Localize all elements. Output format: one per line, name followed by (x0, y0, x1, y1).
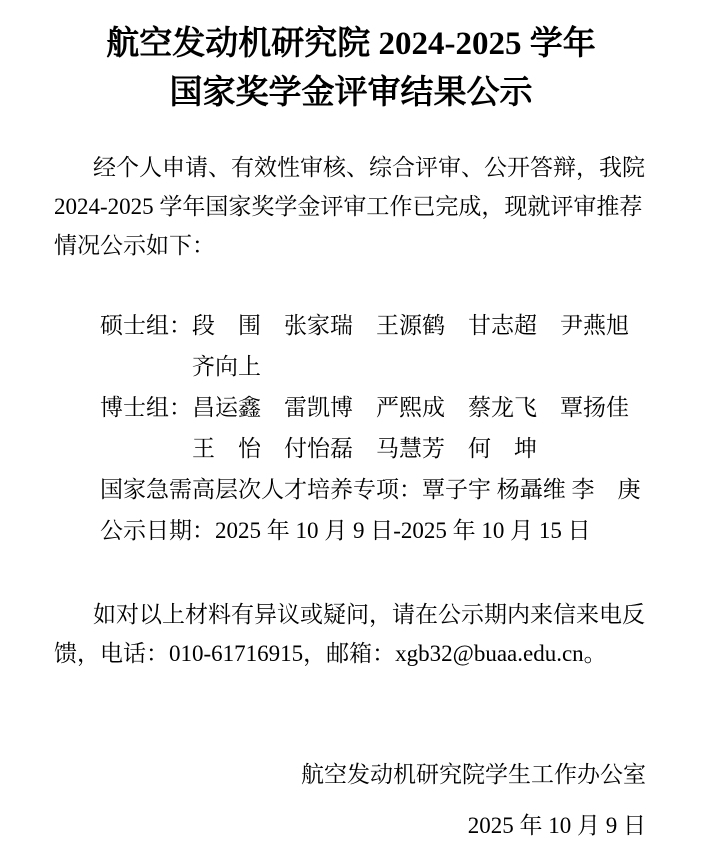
master-group-row: 硕士组： 段 围 张家瑞 王源鹤 甘志超 尹燕旭 (54, 305, 646, 346)
contact-line-1: 如对以上材料有异议或疑问，请在公示期内来信来电反 (54, 595, 646, 634)
document-footer: 航空发动机研究院学生工作办公室 2025 年 10 月 9 日 (54, 755, 646, 845)
document-body: 经个人申请、有效性审核、综合评审、公开答辩，我院 2024-2025 学年国家奖… (54, 148, 646, 845)
special-program-row: 国家急需高层次人才培养专项：覃子宇 杨聶维 李 庚 (54, 469, 646, 510)
doctor-group-label: 博士组： (100, 387, 192, 428)
intro-line-3: 情况公示如下： (54, 226, 646, 265)
document-title: 航空发动机研究院 2024-2025 学年 国家奖学金评审结果公示 (0, 0, 702, 118)
document-title-line2: 国家奖学金评审结果公示 (0, 69, 702, 118)
awardees-list: 硕士组： 段 围 张家瑞 王源鹤 甘志超 尹燕旭 齐向上 博士组： 昌运鑫 雷凯… (54, 305, 646, 551)
intro-line-1: 经个人申请、有效性审核、综合评审、公开答辩，我院 (54, 148, 646, 187)
doctor-group-row: 博士组： 昌运鑫 雷凯博 严熙成 蔡龙飞 覃扬佳 (54, 387, 646, 428)
publicity-period-row: 公示日期：2025 年 10 月 9 日-2025 年 10 月 15 日 (54, 510, 646, 551)
contact-paragraph: 如对以上材料有异议或疑问，请在公示期内来信来电反 馈，电话：010-617169… (54, 595, 646, 673)
signature-date: 2025 年 10 月 9 日 (54, 806, 646, 845)
contact-line-2: 馈，电话：010-61716915，邮箱：xgb32@buaa.edu.cn。 (54, 634, 646, 673)
master-group-names: 段 围 张家瑞 王源鹤 甘志超 尹燕旭 (192, 305, 629, 346)
document-title-line1: 航空发动机研究院 2024-2025 学年 (0, 20, 702, 69)
signature-office: 航空发动机研究院学生工作办公室 (54, 755, 646, 794)
intro-line-2: 2024-2025 学年国家奖学金评审工作已完成，现就评审推荐 (54, 187, 646, 226)
announcement-document: 航空发动机研究院 2024-2025 学年 国家奖学金评审结果公示 经个人申请、… (0, 0, 702, 849)
master-group-names-continued: 齐向上 (54, 346, 646, 387)
master-group-label: 硕士组： (100, 305, 192, 346)
intro-paragraph: 经个人申请、有效性审核、综合评审、公开答辩，我院 2024-2025 学年国家奖… (54, 148, 646, 265)
doctor-group-names-continued: 王 怡 付怡磊 马慧芳 何 坤 (54, 428, 646, 469)
doctor-group-names: 昌运鑫 雷凯博 严熙成 蔡龙飞 覃扬佳 (192, 387, 629, 428)
